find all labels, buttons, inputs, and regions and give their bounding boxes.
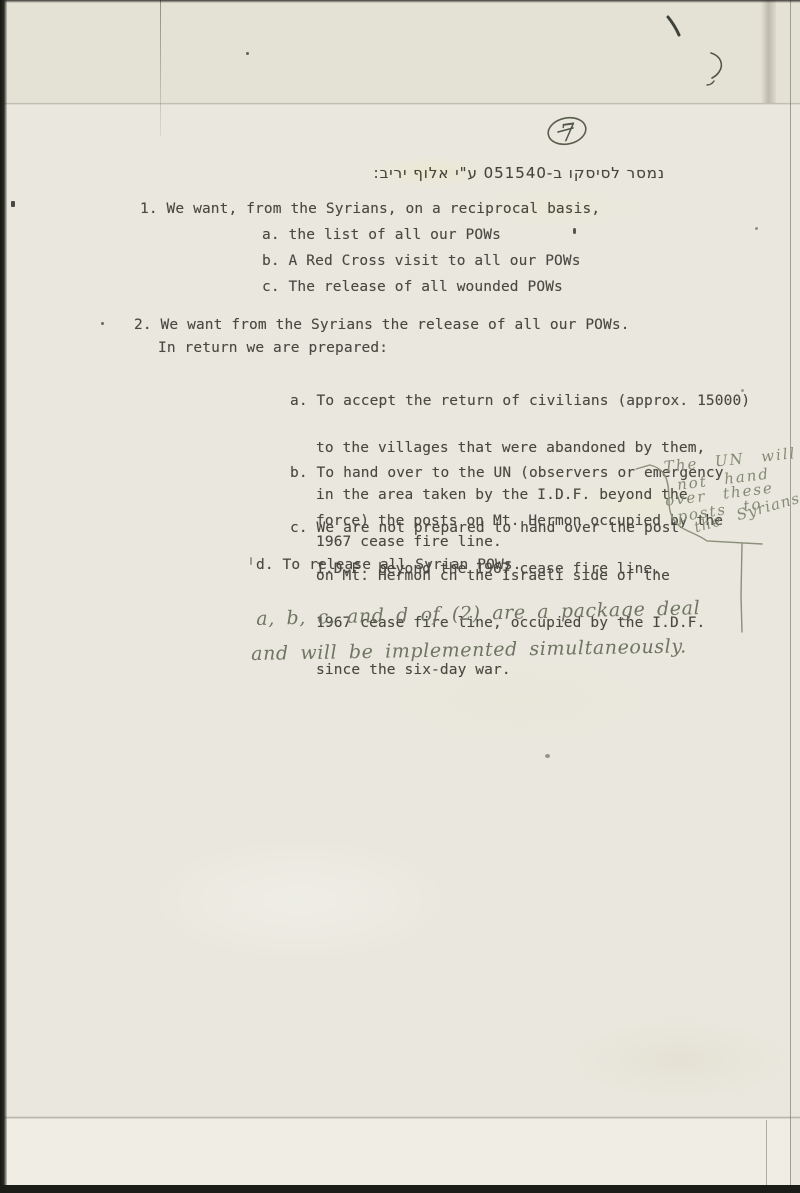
horizontal-crease-top: [0, 102, 800, 105]
item2-intro: In return we are prepared:: [158, 340, 388, 356]
item1-title: 1. We want, from the Syrians, on a recip…: [140, 201, 600, 217]
speck: [741, 389, 744, 392]
paper-edge-bottom-right: [766, 1120, 767, 1186]
top-fold-tint: [0, 0, 800, 102]
speck: [545, 754, 550, 758]
page-number-circle: [546, 114, 589, 147]
scan-edge-bottom: [0, 1185, 800, 1193]
vertical-crease: [160, 0, 161, 136]
page-number: 7: [558, 118, 578, 148]
bottom-fold-tint: [7, 1119, 790, 1185]
item2-sub-d: d. To release all Syrian POWs.: [256, 557, 522, 573]
typed-line: since the six-day war.: [316, 663, 705, 679]
page-number-crossbar: [558, 128, 573, 132]
hebrew-heading: נמסר לסיסקו ב-051540 ע"י אלוף יריב:: [374, 164, 665, 182]
stray-apostrophe-mark: [573, 228, 576, 234]
item1-sub-c: c. The release of all wounded POWs: [262, 279, 563, 295]
speck: [246, 52, 249, 55]
typed-line: a. To accept the return of civilians (ap…: [290, 394, 750, 410]
scan-edge-top: [0, 0, 800, 3]
speck: [250, 557, 252, 565]
item1-sub-a: a. the list of all our POWs: [262, 227, 501, 243]
scanned-document-page: נמסר לסיסקו ב-051540 ע"י אלוף יריב: 1. W…: [0, 0, 800, 1193]
scan-edge-left: [0, 0, 7, 1193]
scan-band-right: [761, 0, 776, 103]
typed-line: c. We are not prepared to hand over the …: [290, 521, 705, 537]
item2-title: 2. We want from the Syrians the release …: [134, 317, 630, 333]
typed-line: b. To hand over to the UN (observers or …: [290, 465, 724, 481]
speck: [11, 201, 15, 207]
speck: [101, 322, 104, 325]
paper-edge-right: [790, 0, 791, 1193]
item1-sub-b: b. A Red Cross visit to all our POWs: [262, 253, 581, 269]
speck: [755, 227, 758, 230]
horizontal-crease-bottom: [0, 1116, 800, 1119]
circled-page-number: 7: [546, 114, 589, 147]
